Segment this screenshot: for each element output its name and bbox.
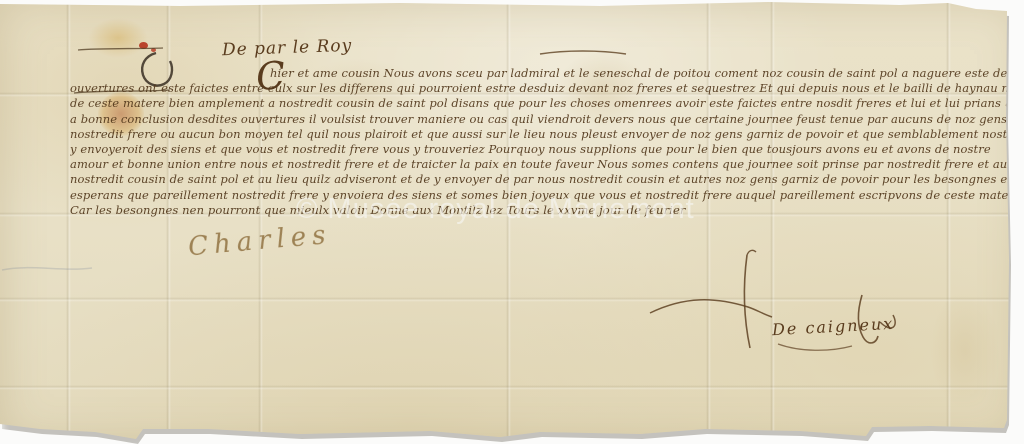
letter-body-line: y envoyeroit des siens et que vous et no… bbox=[70, 142, 1010, 157]
letter-body-line: amour et bonne union entre nous et nostr… bbox=[70, 157, 1010, 172]
letter-body-line: ouvertures ont este faictes entre eulx s… bbox=[70, 81, 1010, 96]
museum-watermark: © Musée royal de Mariemont bbox=[296, 193, 695, 226]
manuscript-photo: De par le Roy C hier et ame cousin Nous … bbox=[0, 0, 1024, 444]
letter-body-line: nostredit frere ou aucun bon moyen tel q… bbox=[70, 127, 1010, 142]
letter-body-line: nostredit cousin de saint pol et au lieu… bbox=[70, 172, 1010, 187]
letter-body-line: de ceste matere bien amplement a nostred… bbox=[70, 96, 1010, 111]
parchment: De par le Roy C hier et ame cousin Nous … bbox=[0, 0, 1024, 444]
letter-body-line: hier et ame cousin Nous avons sceu par l… bbox=[70, 66, 1010, 81]
letter-body-line: a bonne conclusion desdites ouvertures i… bbox=[70, 112, 1010, 127]
parchment-edge-shadow bbox=[1001, 9, 1007, 427]
